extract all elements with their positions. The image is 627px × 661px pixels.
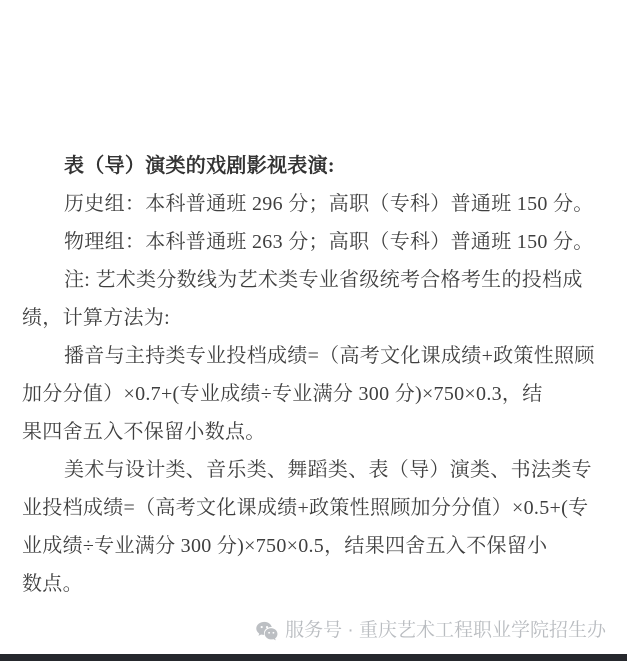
doc-line: 业投档成绩=（高考文化课成绩+政策性照顾加分分值）×0.5+(专: [22, 489, 605, 527]
doc-line: 绩，计算方法为:: [22, 299, 605, 337]
doc-line: 加分分值）×0.7+(专业成绩÷专业满分 300 分)×750×0.3，结: [22, 375, 605, 413]
doc-line: 果四舍五入不保留小数点。: [22, 413, 605, 451]
doc-line: 业成绩÷专业满分 300 分)×750×0.5，结果四舍五入不保留小: [22, 527, 605, 565]
doc-heading: 表（导）演类的戏剧影视表演:: [22, 147, 605, 185]
footer-source-label[interactable]: 服务号 · 重庆艺术工程职业学院招生办: [285, 617, 606, 645]
wechat-icon: [256, 621, 278, 641]
bottom-bar: [0, 654, 627, 661]
doc-line: 历史组：本科普通班 296 分；高职（专科）普通班 150 分。: [22, 185, 605, 223]
doc-line: 美术与设计类、音乐类、舞蹈类、表（导）演类、书法类专: [22, 451, 605, 489]
doc-line: 物理组：本科普通班 263 分；高职（专科）普通班 150 分。: [22, 223, 605, 261]
footer: 服务号 · 重庆艺术工程职业学院招生办: [256, 617, 606, 645]
doc-line: 注: 艺术类分数线为艺术类专业省级统考合格考生的投档成: [22, 261, 605, 299]
doc-line: 播音与主持类专业投档成绩=（高考文化课成绩+政策性照顾: [22, 337, 605, 375]
document-body: 表（导）演类的戏剧影视表演: 历史组：本科普通班 296 分；高职（专科）普通班…: [0, 147, 627, 603]
doc-line: 数点。: [22, 565, 605, 603]
